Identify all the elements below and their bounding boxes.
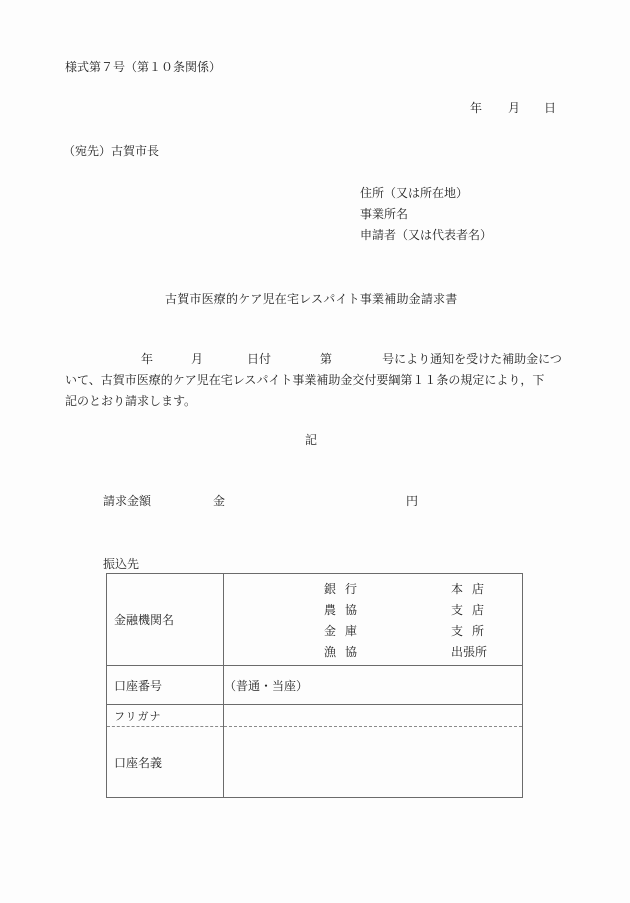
- furigana-cell[interactable]: [224, 705, 523, 727]
- date-day-label: 日: [544, 100, 556, 116]
- amount-yen-label: 円: [406, 493, 418, 509]
- account-number-cell[interactable]: （普通・当座）: [224, 666, 523, 705]
- addressee: （宛先）古賀市長: [63, 143, 159, 159]
- account-name-cell[interactable]: [224, 727, 523, 798]
- date-year-label: 年: [470, 100, 508, 116]
- address-label: 住所（又は所在地）: [360, 183, 492, 204]
- document-title: 古賀市医療的ケア児在宅レスパイト事業補助金請求書: [165, 291, 457, 307]
- body-line-3: 記のとおり請求します。: [65, 391, 560, 412]
- institution-type-credit-union: 金庫: [324, 623, 366, 644]
- branch-type-list: 本店 支店 支所 出張所: [451, 581, 493, 665]
- body-date-suffix: 日付: [247, 352, 271, 366]
- body-number-prefix: 第: [320, 352, 332, 366]
- ki-heading: 記: [305, 432, 317, 448]
- branch-type-agency: 出張所: [451, 644, 493, 665]
- furigana-label: フリガナ: [107, 705, 224, 727]
- institution-label: 金融機関名: [107, 574, 224, 666]
- amount-label: 請求金額: [103, 493, 213, 509]
- institution-type-fishery-coop: 漁協: [324, 644, 366, 665]
- form-number: 様式第７号（第１０条関係）: [65, 59, 221, 75]
- account-type-options: （普通・当座）: [224, 679, 308, 693]
- account-name-row: 口座名義: [107, 727, 523, 798]
- amount-row: 請求金額金円: [103, 493, 418, 509]
- institution-type-bank: 銀行: [324, 581, 366, 602]
- body-month: 月: [191, 352, 203, 366]
- office-name-label: 事業所名: [360, 204, 492, 225]
- request-body-text: 年月日付第号により通知を受けた補助金につ いて、古賀市医療的ケア児在宅レスパイト…: [65, 349, 560, 412]
- date-line: 年月日: [470, 100, 556, 116]
- body-line1-rest: 号により通知を受けた補助金につ: [382, 352, 562, 366]
- date-month-label: 月: [508, 100, 544, 116]
- body-year: 年: [141, 352, 153, 366]
- applicant-name-label: 申請者（又は代表者名）: [360, 225, 492, 246]
- transfer-destination-label: 振込先: [103, 556, 139, 572]
- body-line-1: 年月日付第号により通知を受けた補助金につ: [65, 349, 560, 370]
- branch-type-branch: 支店: [451, 602, 493, 623]
- branch-type-sub-branch: 支所: [451, 623, 493, 644]
- account-number-label: 口座番号: [107, 666, 224, 705]
- bank-account-table: 金融機関名 銀行 農協 金庫 漁協 本店 支店 支所 出張所 口座番号 （普通・…: [106, 573, 523, 798]
- institution-cell[interactable]: 銀行 農協 金庫 漁協 本店 支店 支所 出張所: [224, 574, 523, 666]
- account-number-row: 口座番号 （普通・当座）: [107, 666, 523, 705]
- branch-type-head-office: 本店: [451, 581, 493, 602]
- institution-row: 金融機関名 銀行 農協 金庫 漁協 本店 支店 支所 出張所: [107, 574, 523, 666]
- amount-kin-label: 金: [213, 493, 406, 509]
- body-line-2: いて、古賀市医療的ケア児在宅レスパイト事業補助金交付要綱第１１条の規定により，下: [65, 370, 560, 391]
- applicant-block: 住所（又は所在地） 事業所名 申請者（又は代表者名）: [360, 183, 492, 246]
- institution-type-list: 銀行 農協 金庫 漁協: [324, 581, 366, 665]
- account-name-label: 口座名義: [107, 727, 224, 798]
- furigana-row: フリガナ: [107, 705, 523, 727]
- institution-type-agri-coop: 農協: [324, 602, 366, 623]
